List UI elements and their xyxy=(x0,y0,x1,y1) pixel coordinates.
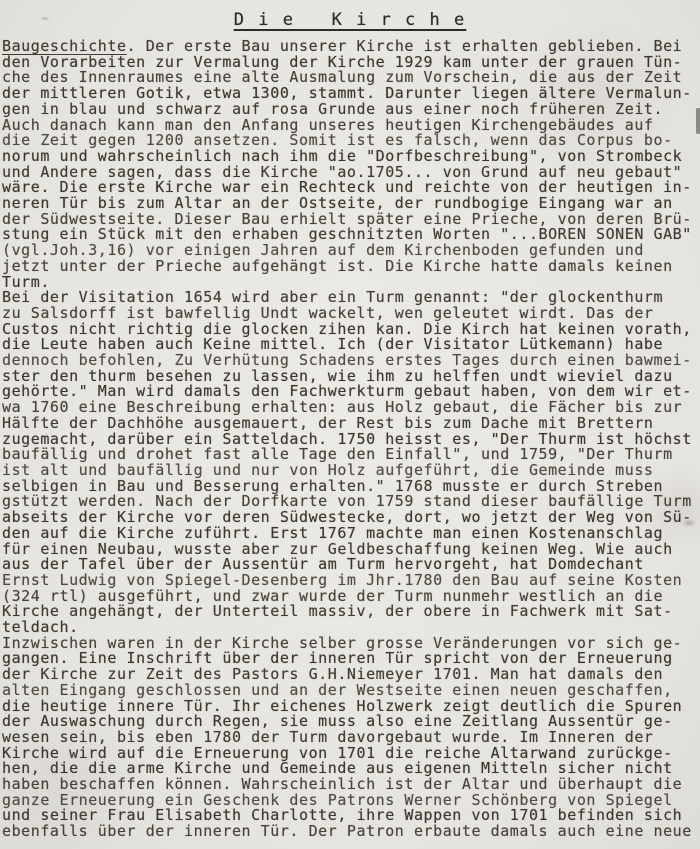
page-text: Baugeschichte. Der erste Bau unserer Kir… xyxy=(0,39,700,840)
text-line: alten Eingang geschlossen und an der Wes… xyxy=(2,683,700,699)
section-lead-word: Baugeschichte xyxy=(2,37,127,55)
text-line: Inzwischen waren in der Kirche selber gr… xyxy=(2,636,700,652)
text-line: ebenfalls über der inneren Tür. Der Patr… xyxy=(2,824,700,840)
text-line: dennoch befohlen, Zu Verhütung Schadens … xyxy=(2,353,700,369)
text-line: jetzt unter der Prieche aufgehängt ist. … xyxy=(2,259,700,275)
text-line: und Andere sagen, dass die Kirche "ao.17… xyxy=(2,165,700,181)
text-line: che des Innenraumes eine alte Ausmalung … xyxy=(2,70,700,86)
text-line: die Zeit gegen 1200 ansetzen. Somit ist … xyxy=(2,133,700,149)
scanned-document-page: D i e K i r c h e Baugeschichte. Der ers… xyxy=(0,0,700,849)
paper-speck xyxy=(40,16,50,21)
text-line: Kirche angehängt, der Unterteil massiv, … xyxy=(2,604,700,620)
text-line: ganze Erneuerung ein Geschenk des Patron… xyxy=(2,793,700,809)
text-line: gstützt werden. Nach der Dorfkarte von 1… xyxy=(2,494,700,510)
text-line: Hälfte der Dachhöhe ausgemauert, der Res… xyxy=(2,416,700,432)
text-line: zu Salsdorff ist bawfellig Undt wackelt,… xyxy=(2,306,700,322)
page-title: D i e K i r c h e xyxy=(0,10,700,30)
text-line: wesen sein, bis eben 1780 der Turm davor… xyxy=(2,730,700,746)
scan-edge-mark xyxy=(696,108,700,134)
text-line: für einen Neubau, wusste aber zur Geldbe… xyxy=(2,542,700,558)
paper-speck xyxy=(682,519,696,527)
text-line: Baugeschichte. Der erste Bau unserer Kir… xyxy=(2,39,700,55)
